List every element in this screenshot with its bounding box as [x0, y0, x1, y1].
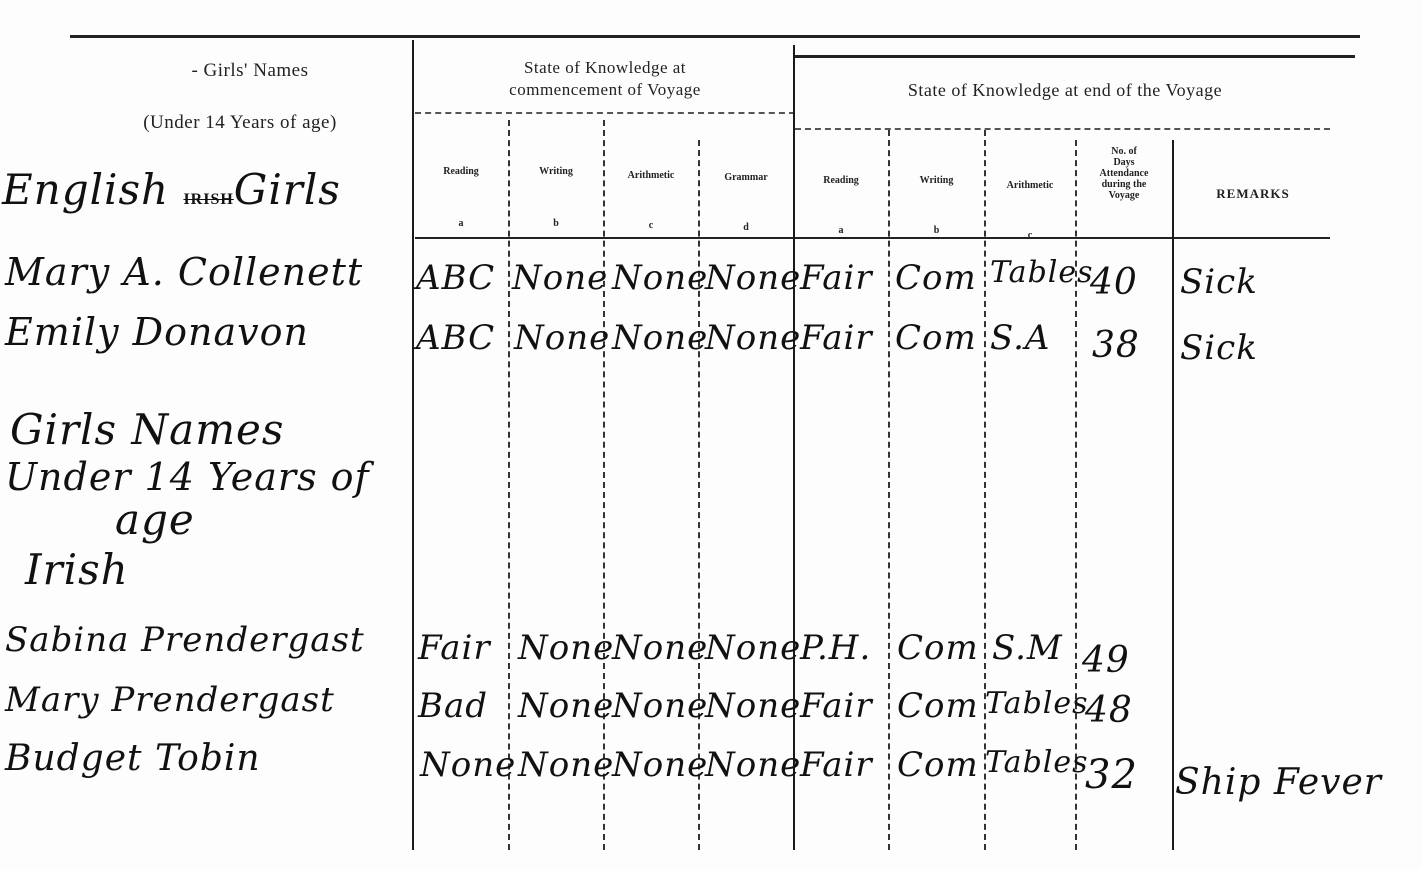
col-divider-end-writing [888, 130, 890, 850]
girl-name: Emily Donavon [5, 310, 309, 354]
col-divider-end [793, 45, 795, 850]
start-writing: None [518, 628, 614, 668]
end-subheader-rule [795, 128, 1330, 130]
col-divider-start-grammar [698, 140, 700, 850]
header-bottom-rule [415, 237, 1330, 239]
col-start-writing-letter: b [509, 218, 603, 229]
col-start-arith-letter: c [604, 220, 698, 231]
start-reading: Fair [418, 628, 491, 668]
girl-name: Mary A. Collenett [5, 250, 363, 294]
start-arithmetic: None [612, 686, 708, 726]
col-start-reading-letter: a [414, 218, 508, 229]
start-grammar: None [705, 686, 801, 726]
col-end-arith-letter: c [985, 230, 1075, 241]
start-writing: None [512, 258, 608, 298]
start-writing: None [518, 686, 614, 726]
start-grammar: None [705, 745, 801, 785]
col-end-reading-letter: a [794, 225, 888, 236]
col-end-writing-label: Writing [889, 175, 984, 186]
days-attendance: 40 [1090, 262, 1138, 303]
start-reading: None [420, 745, 516, 785]
start-grammar: None [705, 628, 801, 668]
irish-heading-line3: age [115, 495, 195, 544]
col-start-grammar-letter: d [699, 222, 793, 233]
end-arithmetic: S.M [992, 628, 1063, 668]
top-rule-right [795, 55, 1355, 58]
end-reading: P.H. [800, 628, 871, 668]
col-start-arith-label: Arithmetic [604, 170, 698, 181]
names-header-title: - Girls' Names [100, 60, 400, 82]
end-reading: Fair [800, 686, 873, 726]
days-attendance: 32 [1085, 752, 1138, 798]
col-end-reading-label: Reading [794, 175, 888, 186]
col-divider-names [412, 40, 414, 850]
col-start-reading-label: Reading [414, 166, 508, 177]
irish-heading-line1: Girls Names [10, 405, 284, 454]
start-arithmetic: None [612, 258, 708, 298]
girl-name: Mary Prendergast [5, 680, 335, 720]
start-grammar: None [705, 318, 801, 358]
col-divider-remarks [1172, 140, 1174, 850]
col-end-arith-label: Arithmetic [985, 180, 1075, 191]
days-attendance-label: No. of Days Attendance during the Voyage [1076, 146, 1172, 201]
remarks: Ship Fever [1175, 762, 1382, 803]
days-attendance: 48 [1085, 690, 1133, 731]
english-girls-heading: English IRISHGirls [2, 165, 341, 214]
remarks-label: REMARKS [1173, 186, 1333, 202]
start-writing: None [518, 745, 614, 785]
col-end-writing-letter: b [889, 225, 984, 236]
days-attendance: 38 [1092, 325, 1140, 366]
girl-name: Sabina Prendergast [5, 620, 365, 660]
end-arithmetic: Tables [985, 745, 1089, 780]
start-arithmetic: None [612, 745, 708, 785]
names-header-subtitle: (Under 14 Years of age) [90, 112, 390, 134]
start-arithmetic: None [612, 628, 708, 668]
end-reading: Fair [800, 318, 873, 358]
struck-irish-label: IRISH [183, 191, 233, 208]
col-divider-start-writing [508, 120, 510, 850]
end-writing: Com [895, 318, 977, 358]
girl-name: Budget Tobin [5, 738, 261, 779]
remarks: Sick [1180, 262, 1258, 302]
end-writing: Com [897, 745, 979, 785]
end-writing: Com [897, 628, 979, 668]
irish-heading-line4: Irish [25, 545, 129, 594]
commencement-header-line2: commencement of Voyage [415, 80, 795, 100]
remarks: Sick [1180, 328, 1258, 368]
end-header: State of Knowledge at end of the Voyage [795, 80, 1335, 101]
start-reading: ABC [416, 318, 495, 358]
start-grammar: None [705, 258, 801, 298]
start-writing: None [514, 318, 610, 358]
end-reading: Fair [800, 258, 873, 298]
end-writing: Com [895, 258, 977, 298]
start-reading: ABC [416, 258, 495, 298]
start-reading: Bad [418, 686, 488, 726]
commencement-header-line1: State of Knowledge at [415, 58, 795, 78]
start-subheader-rule [415, 112, 795, 114]
col-start-writing-label: Writing [509, 166, 603, 177]
end-arithmetic: S.A [990, 318, 1050, 358]
col-divider-days [1075, 140, 1077, 850]
end-arithmetic: Tables [985, 686, 1089, 721]
end-arithmetic: Tables [990, 255, 1094, 290]
end-writing: Com [897, 686, 979, 726]
col-start-grammar-label: Grammar [699, 172, 793, 183]
start-arithmetic: None [612, 318, 708, 358]
top-rule [70, 35, 1360, 38]
irish-heading-line2: Under 14 Years of [5, 455, 370, 499]
end-reading: Fair [800, 745, 873, 785]
days-attendance: 49 [1082, 640, 1130, 681]
